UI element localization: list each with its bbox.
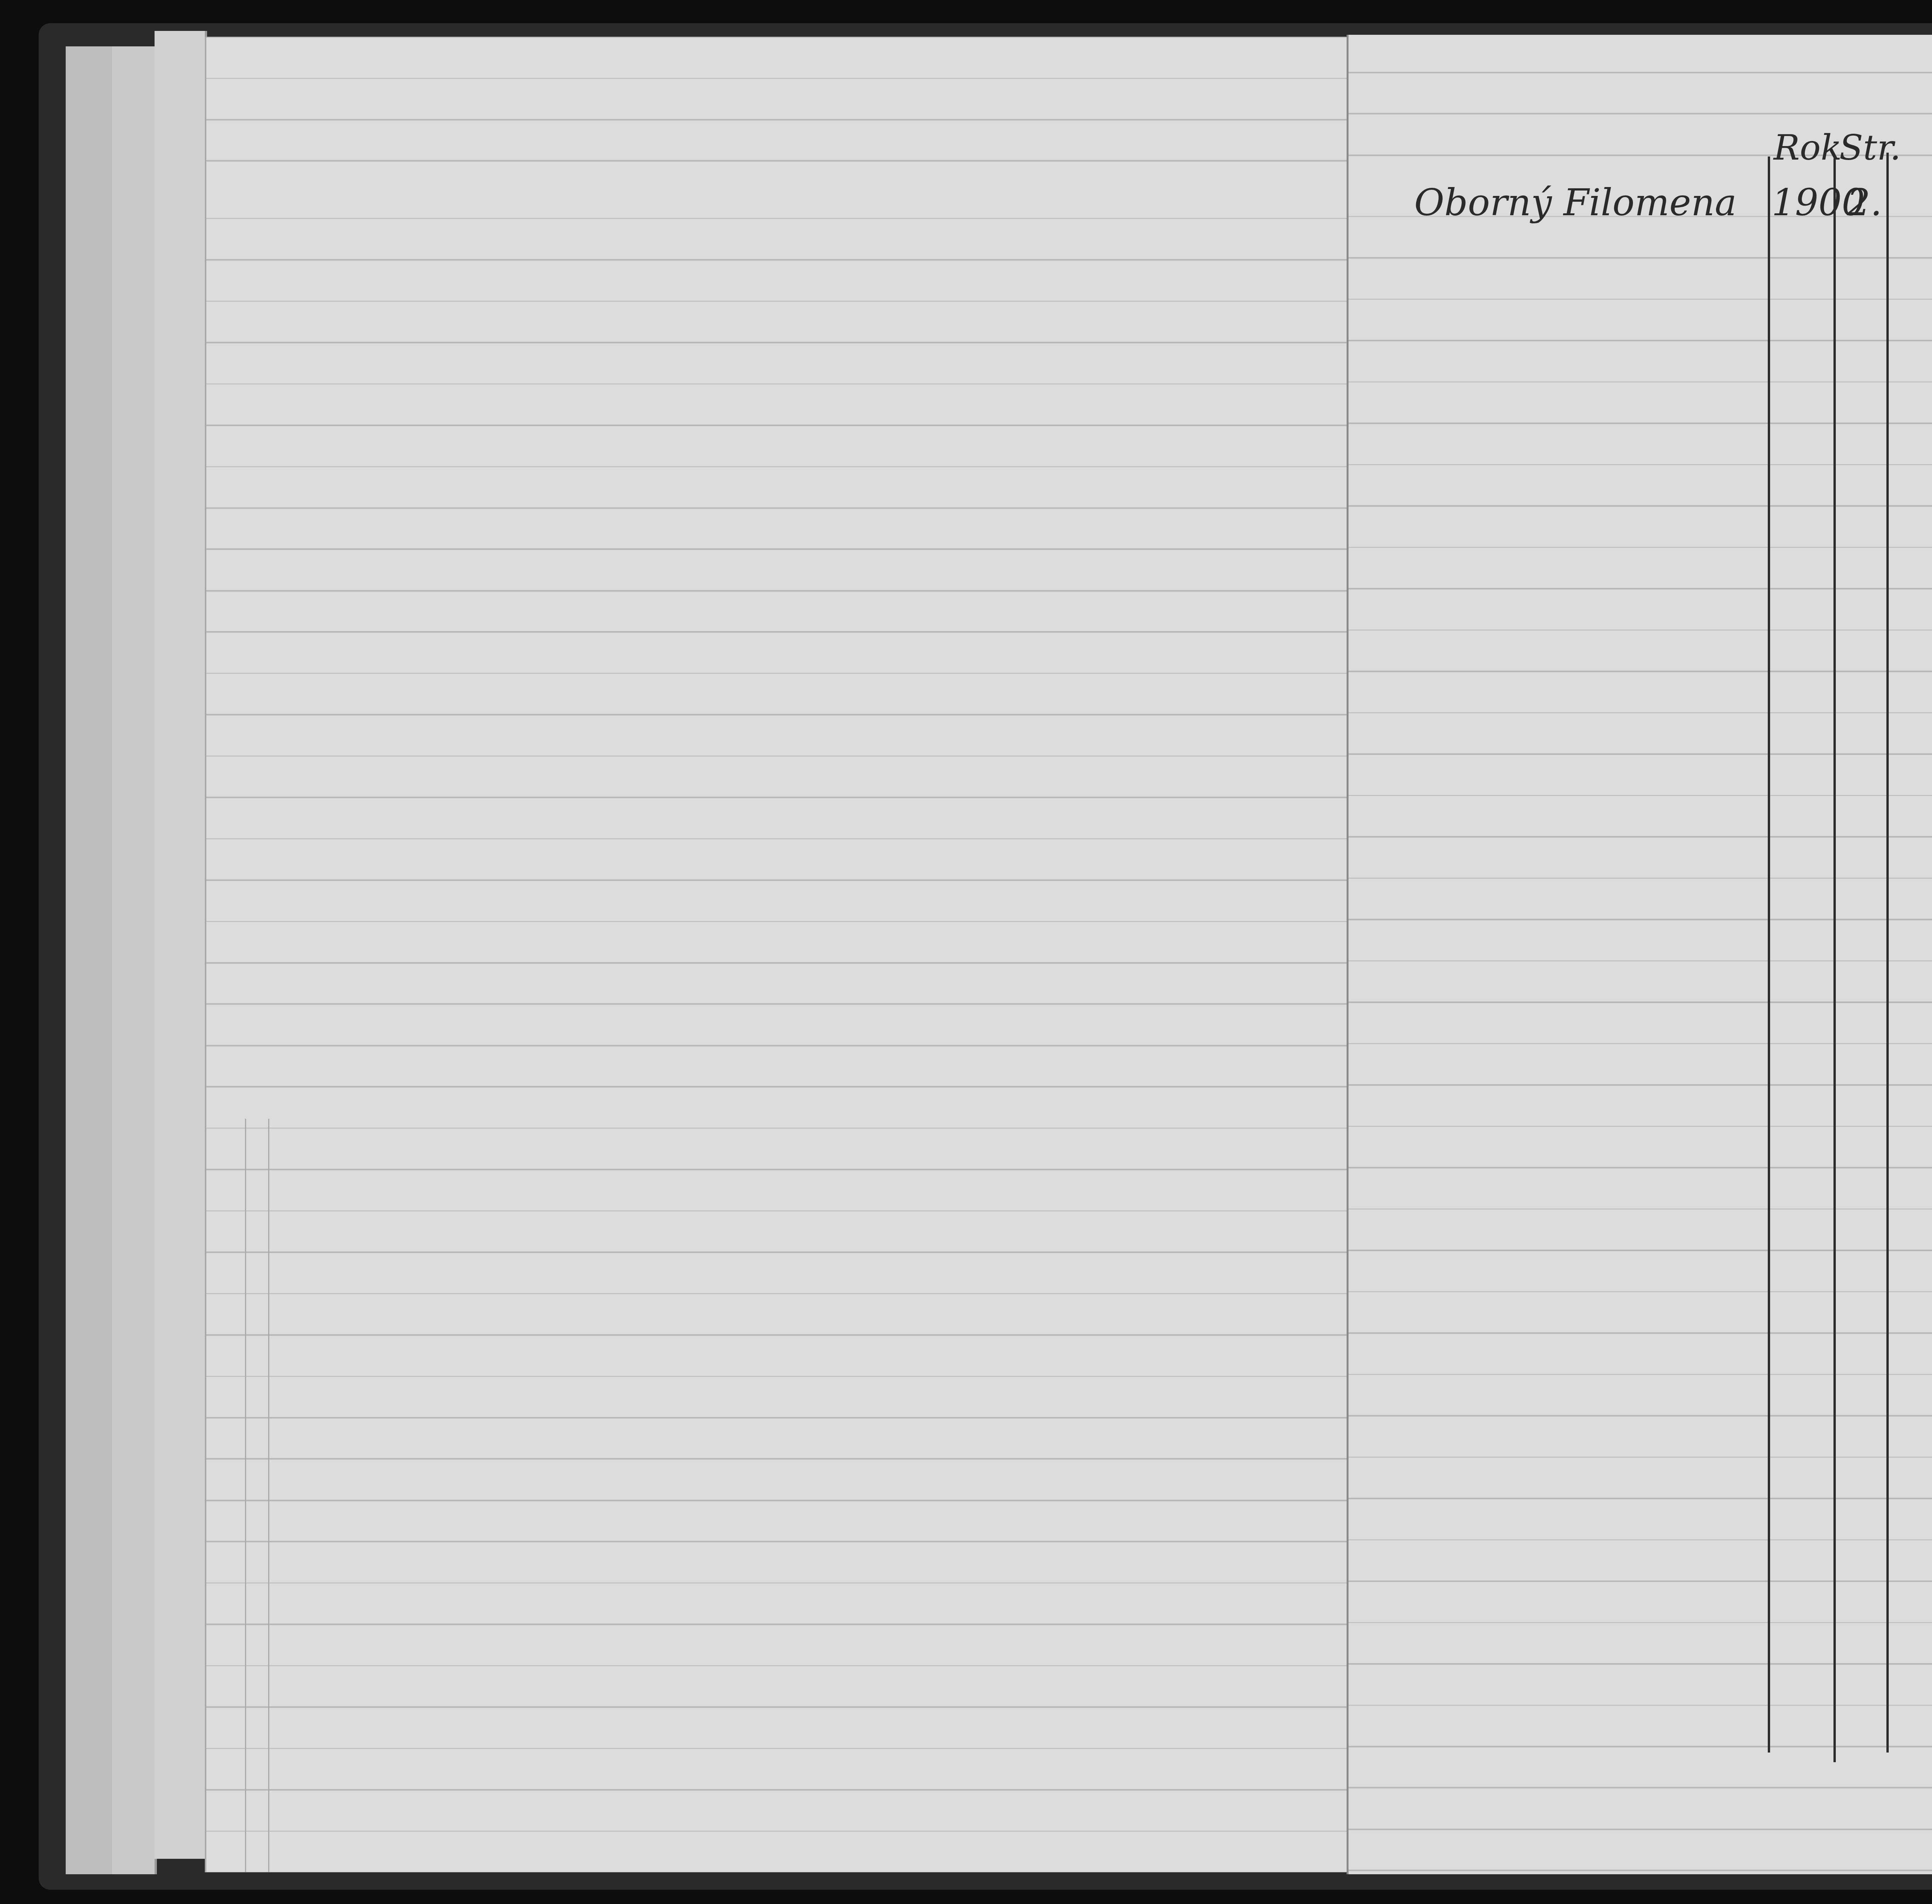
right-page	[1349, 35, 1932, 1874]
page-edges-stack	[155, 31, 207, 1859]
entry-name: Oborný Filomena	[1414, 182, 1736, 224]
page-edges-stack	[66, 46, 114, 1874]
left-page	[205, 37, 1350, 1872]
column-header-page: Str.	[1839, 128, 1901, 168]
ruled-lines	[1349, 35, 1932, 1874]
ruled-lines	[206, 37, 1350, 1872]
margin-line	[245, 1119, 246, 1872]
column-rule	[1886, 153, 1889, 1753]
column-rule	[1768, 157, 1770, 1753]
entry-page: 2.	[1847, 182, 1882, 224]
column-rule	[1833, 158, 1836, 1762]
margin-line	[268, 1119, 269, 1872]
column-header-year: Rok	[1774, 128, 1842, 168]
page-edges-stack	[112, 46, 157, 1874]
